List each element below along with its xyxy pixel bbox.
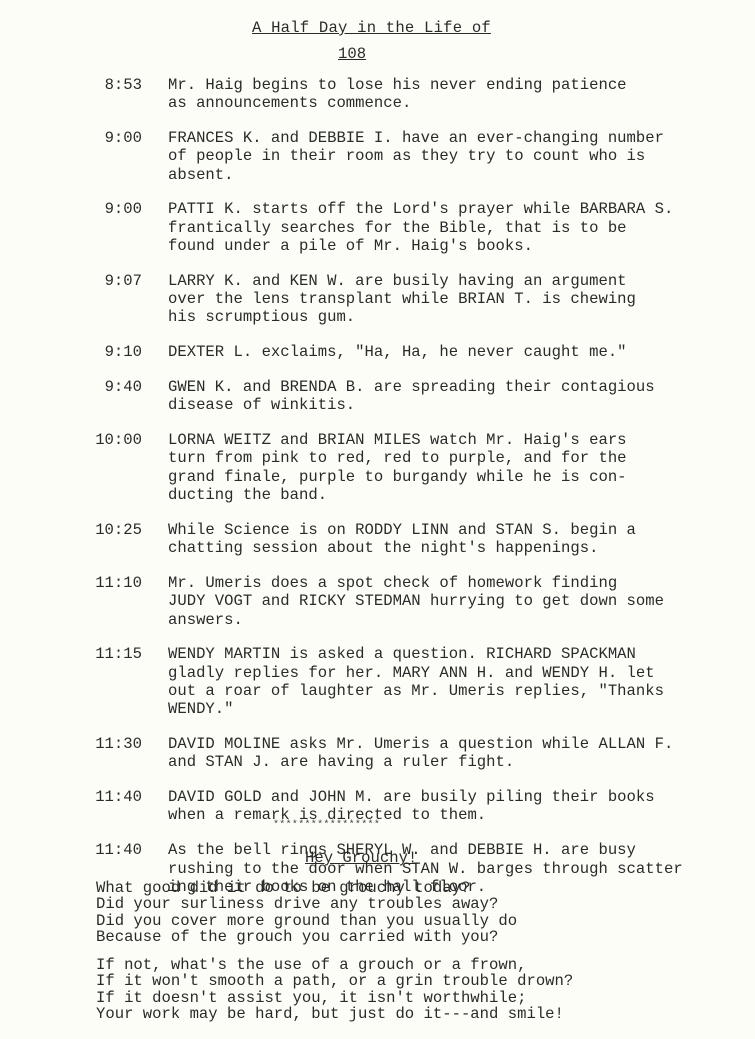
poem-stanza: If not, what's the use of a grouch or a … xyxy=(96,957,573,1022)
entry-time: 11:30 xyxy=(0,735,142,753)
timeline-entry: 11:30 DAVID MOLINE asks Mr. Umeris a que… xyxy=(0,735,755,772)
typed-page: A Half Day in the Life of 108 8:53 Mr. H… xyxy=(0,0,755,1039)
entry-time: 10:25 xyxy=(0,521,142,539)
timeline-entry: 8:53 Mr. Haig begins to lose his never e… xyxy=(0,76,755,113)
entry-text: Mr. Umeris does a spot check of homework… xyxy=(168,574,708,629)
entry-time: 9:10 xyxy=(0,343,142,361)
entry-text: While Science is on RODDY LINN and STAN … xyxy=(168,521,708,558)
entry-time: 11:10 xyxy=(0,574,142,592)
entry-text: LARRY K. and KEN W. are busily having an… xyxy=(168,272,708,327)
timeline-entry: 11:10 Mr. Umeris does a spot check of ho… xyxy=(0,574,755,629)
entry-time: 9:00 xyxy=(0,200,142,218)
entry-time: 8:53 xyxy=(0,76,142,94)
entry-text: DAVID MOLINE asks Mr. Umeris a question … xyxy=(168,735,708,772)
entry-text: DEXTER L. exclaims, "Ha, Ha, he never ca… xyxy=(168,343,708,361)
entry-text: PATTI K. starts off the Lord's prayer wh… xyxy=(168,200,708,255)
timeline-entry: 9:10 DEXTER L. exclaims, "Ha, Ha, he nev… xyxy=(0,343,755,361)
timeline-entry: 9:07 LARRY K. and KEN W. are busily havi… xyxy=(0,272,755,327)
poem-title: Hey Grouchy! xyxy=(305,849,417,867)
timeline-entry: 10:00 LORNA WEITZ and BRIAN MILES watch … xyxy=(0,431,755,504)
entry-text: FRANCES K. and DEBBIE I. have an ever-ch… xyxy=(168,129,708,184)
entry-text: LORNA WEITZ and BRIAN MILES watch Mr. Ha… xyxy=(168,431,708,504)
entry-time: 9:00 xyxy=(0,129,142,147)
timeline-entry: 10:25 While Science is on RODDY LINN and… xyxy=(0,521,755,558)
entry-text: WENDY MARTIN is asked a question. RICHAR… xyxy=(168,645,708,718)
document-title: A Half Day in the Life of xyxy=(252,19,491,37)
entry-time: 9:40 xyxy=(0,378,142,396)
entry-text: Mr. Haig begins to lose his never ending… xyxy=(168,76,708,113)
timeline-entries: 8:53 Mr. Haig begins to lose his never e… xyxy=(0,76,755,913)
section-separator: ***************** xyxy=(273,820,380,831)
timeline-entry: 9:00 PATTI K. starts off the Lord's pray… xyxy=(0,200,755,255)
entry-time: 10:00 xyxy=(0,431,142,449)
entry-time: 9:07 xyxy=(0,272,142,290)
entry-time: 11:15 xyxy=(0,645,142,663)
timeline-entry: 11:15 WENDY MARTIN is asked a question. … xyxy=(0,645,755,718)
entry-time: 11:40 xyxy=(0,788,142,806)
entry-text: DAVID GOLD and JOHN M. are busily piling… xyxy=(168,788,708,825)
poem-stanza: What good did it do to be grouchy today?… xyxy=(96,880,517,945)
entry-time: 11:40 xyxy=(0,841,142,859)
timeline-entry: 9:00 FRANCES K. and DEBBIE I. have an ev… xyxy=(0,129,755,184)
entry-text: GWEN K. and BRENDA B. are spreading thei… xyxy=(168,378,708,415)
document-subtitle-room-number: 108 xyxy=(338,45,366,63)
timeline-entry: 9:40 GWEN K. and BRENDA B. are spreading… xyxy=(0,378,755,415)
